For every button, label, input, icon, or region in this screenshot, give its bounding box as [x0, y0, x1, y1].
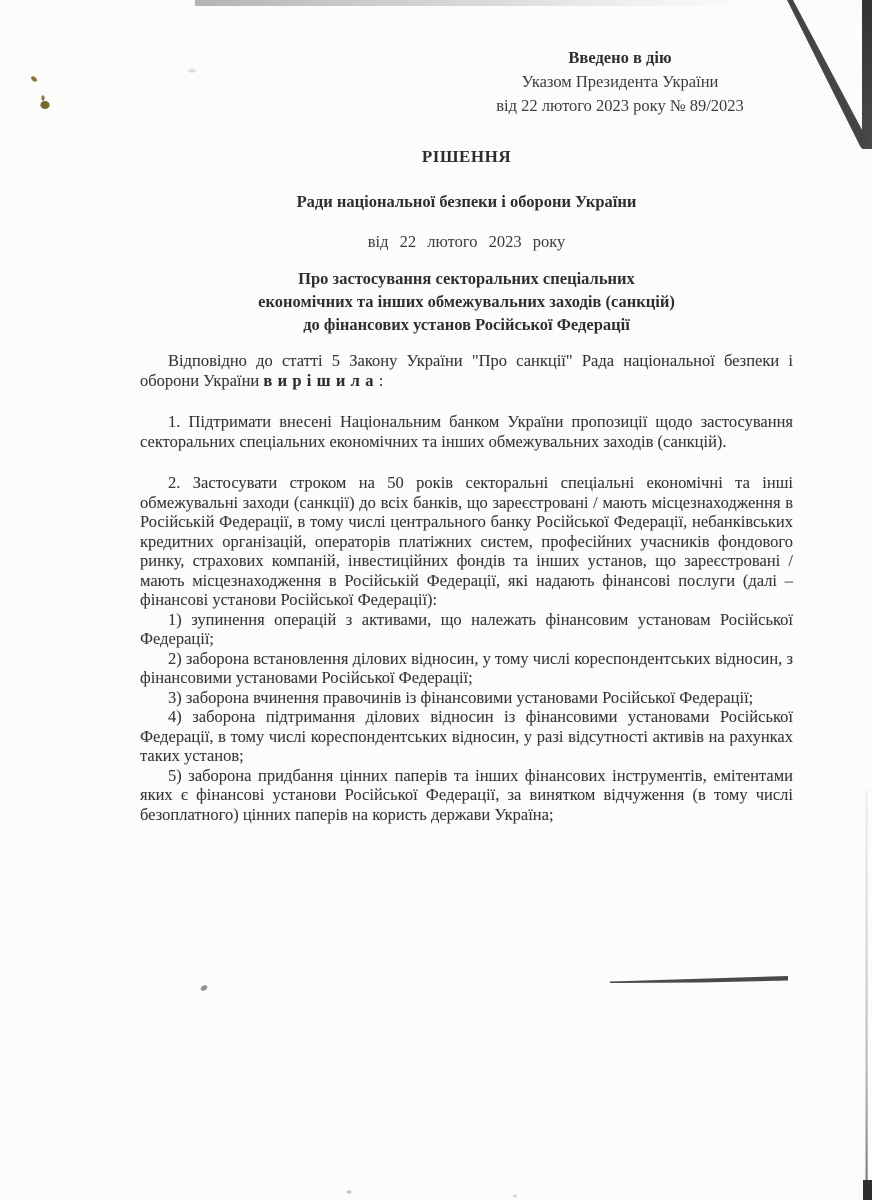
intro-lead-text: Відповідно до статті 5 Закону України "П… — [140, 351, 793, 390]
subitem-2-paragraph: 2) заборона встановлення ділових відноси… — [140, 649, 793, 688]
faint-dot-bottom-1 — [347, 1190, 352, 1193]
subject-heading: Про застосування секторальних спеціальни… — [140, 267, 793, 336]
subitem-5-paragraph: 5) заборона придбання цінних паперів та … — [140, 766, 793, 825]
stray-line-artifact — [610, 976, 788, 983]
resolved-word: вирішила — [263, 371, 378, 390]
page-fold-crease — [787, 0, 869, 148]
document-type-title: РІШЕННЯ — [140, 147, 793, 167]
enacted-line: Введено в дію — [455, 46, 785, 70]
subitem-1-paragraph: 1) зупинення операцій з активами, що нал… — [140, 610, 793, 649]
ink-stain-large — [40, 101, 49, 109]
document-content: РІШЕННЯ Ради національної безпеки і обор… — [140, 147, 793, 824]
decree-number-line: від 22 лютого 2023 року № 89/2023 — [455, 94, 785, 118]
scanner-streak-top — [195, 0, 765, 6]
faint-smudge-top — [188, 69, 196, 72]
enactment-stamp-block: Введено в дію Указом Президента України … — [455, 46, 785, 118]
subitem-3-paragraph: 3) заборона вчинення правочинів із фінан… — [140, 688, 793, 708]
intro-colon: : — [379, 371, 384, 390]
subject-line-3: до фінансових установ Російської Федерац… — [140, 313, 793, 336]
decision-date: від 22 лютого 2023 року — [140, 232, 793, 252]
decision-body: Відповідно до статті 5 Закону України "П… — [140, 351, 793, 824]
enacted-by-line: Указом Президента України — [455, 70, 785, 94]
faint-dot-bottom-2 — [513, 1195, 517, 1198]
item-1-paragraph: 1. Підтримати внесені Національним банко… — [140, 412, 793, 451]
page-edge-shadow-top-right — [862, 0, 872, 149]
subitem-4-paragraph: 4) заборона підтримання ділових відносин… — [140, 707, 793, 766]
page-edge-hairline-right — [866, 790, 868, 1185]
pencil-smudge — [200, 984, 209, 992]
ink-stain-small — [30, 75, 38, 83]
intro-paragraph: Відповідно до статті 5 Закону України "П… — [140, 351, 793, 390]
issuing-authority: Ради національної безпеки і оборони Укра… — [140, 192, 793, 212]
scanned-document-page: Введено в дію Указом Президента України … — [0, 0, 872, 1200]
subject-line-2: економічних та інших обмежувальних заход… — [140, 290, 793, 313]
ink-stain-large-tail — [41, 95, 44, 101]
subject-line-1: Про застосування секторальних спеціальни… — [140, 267, 793, 290]
page-edge-corner-mark — [863, 1180, 872, 1200]
item-2-paragraph: 2. Застосувати строком на 50 років секто… — [140, 473, 793, 610]
